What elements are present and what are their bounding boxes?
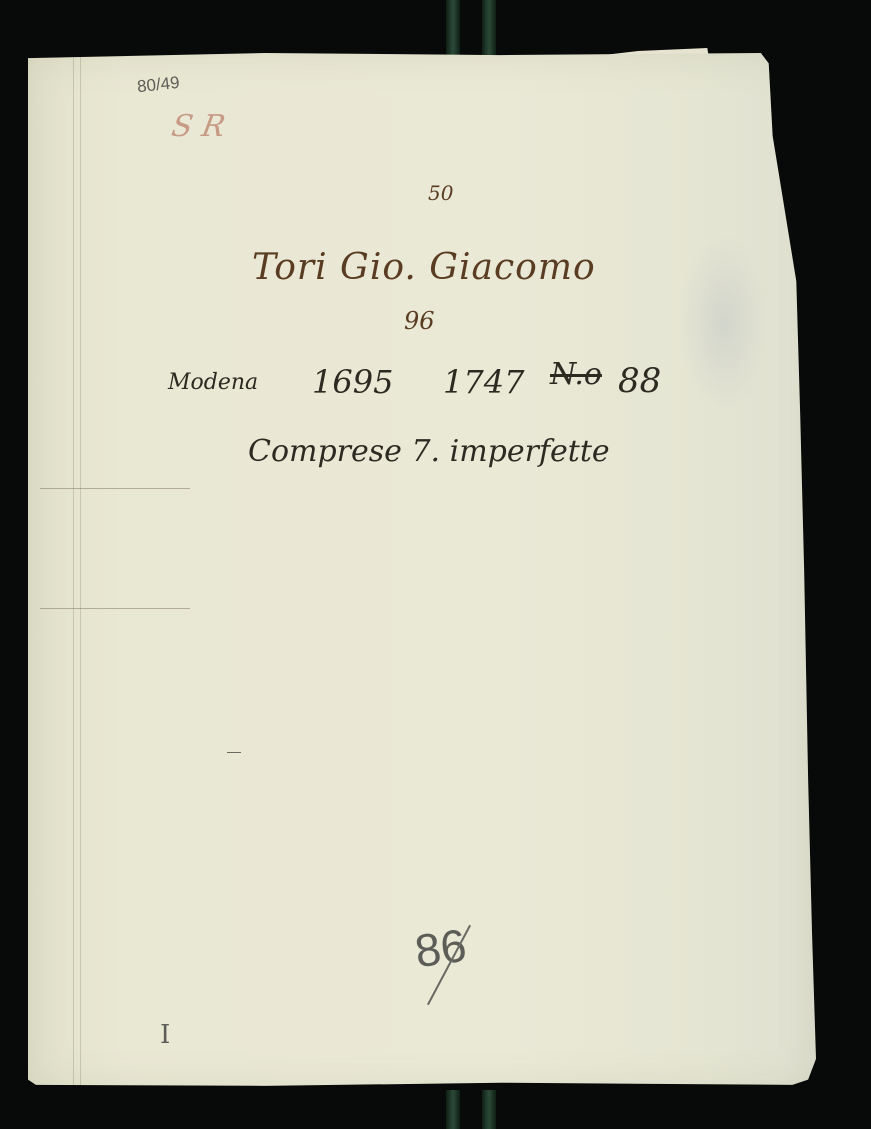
binding-strap [482,1090,496,1129]
shelfmark: 80/49 [136,74,180,95]
roman-numeral-mark: I [160,1022,170,1048]
fold-line [80,53,81,1090]
fold-line [73,53,74,1090]
place-label: Modena [168,372,258,394]
number-value: 88 [618,364,661,398]
note-line: Comprese 7. imperfette [248,437,610,467]
dash-mark [227,752,241,753]
composer-name: Tori Gio. Giacomo [252,250,596,286]
folio-number: 50 [428,183,453,203]
number-abbreviation: N.o [550,360,602,390]
pencil-number: 86 [412,922,469,975]
pencil-guide-line [40,608,190,609]
document-scan: 80/49 S R 50 Tori Gio. Giacomo 96 Modena… [0,0,871,1129]
year-end: 1747 [443,366,524,398]
binding-strap [446,1090,460,1129]
paper-stain [678,233,768,413]
red-pencil-mark: S R [169,112,227,142]
year-start: 1695 [312,366,393,398]
count-number: 96 [404,309,435,333]
pencil-guide-line [40,488,190,489]
